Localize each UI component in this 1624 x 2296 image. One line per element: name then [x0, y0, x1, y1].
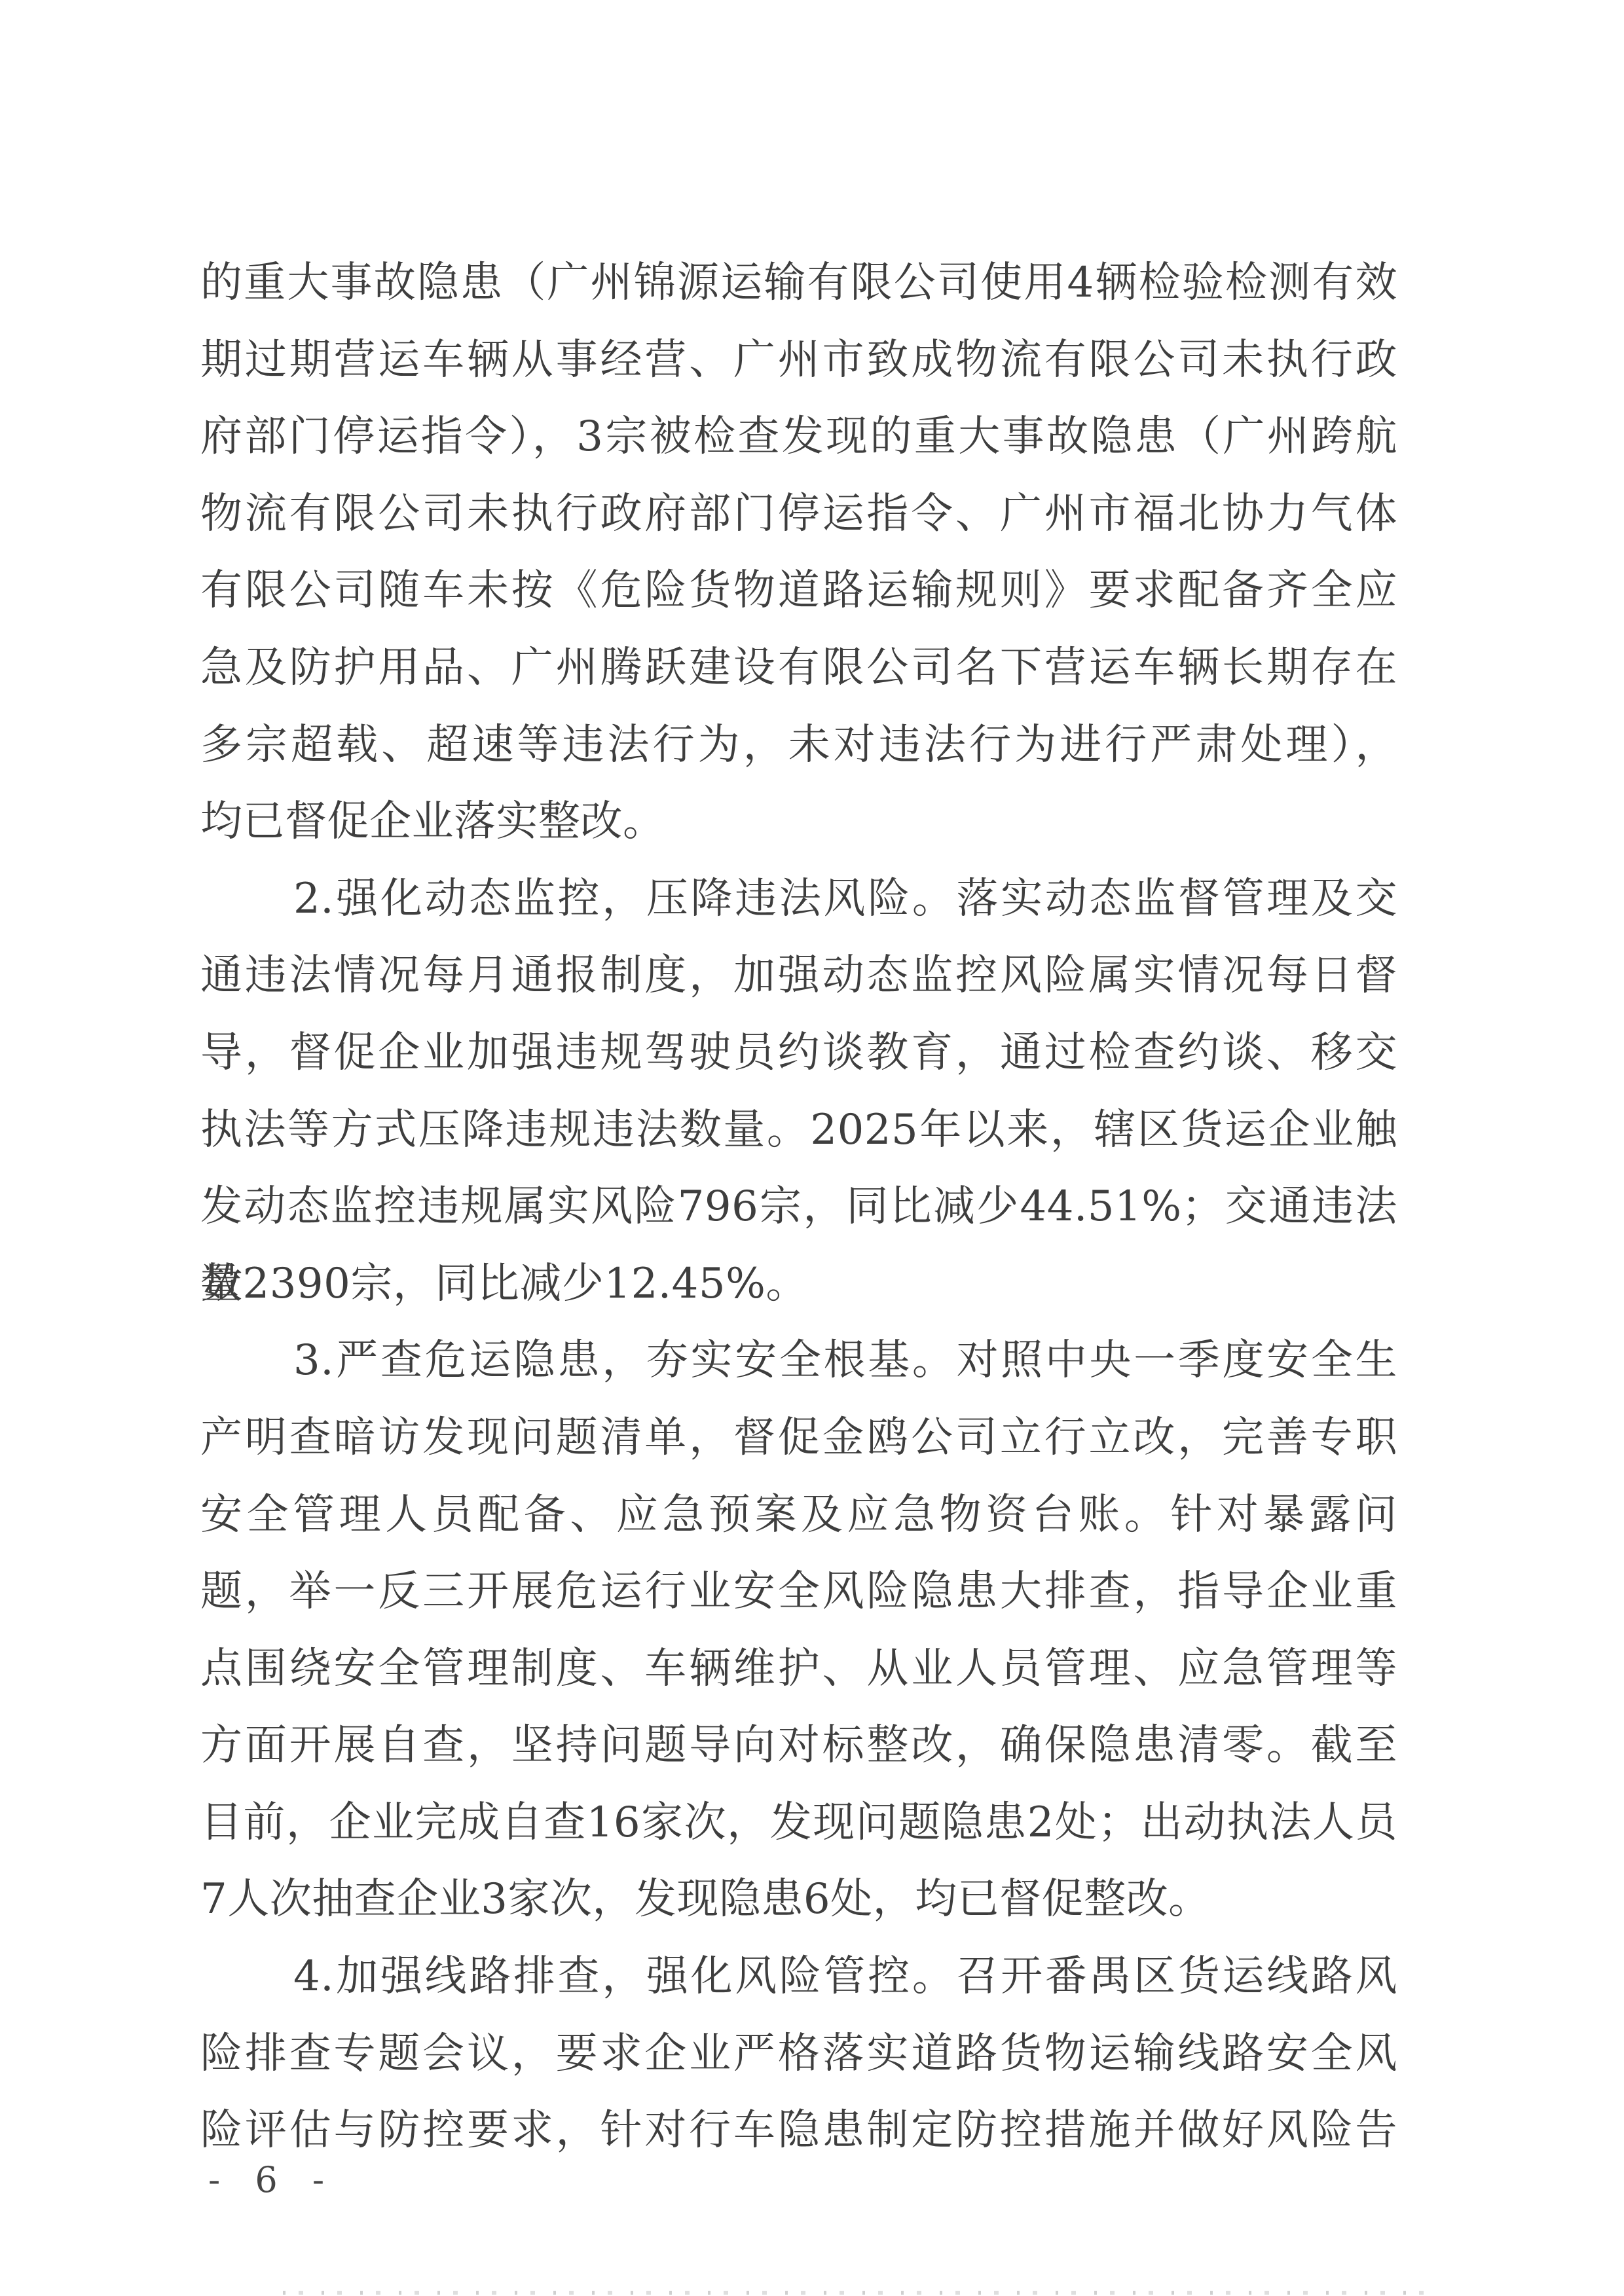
text-line: 7人次抽查企业3家次，发现隐患6处，均已督促整改。 [200, 1861, 1397, 1939]
text-line paragraph-start: 4.加强线路排查，强化风险管控。召开番禺区货运线路风 [200, 1939, 1397, 2016]
text-line: 均已督促企业落实整改。 [200, 784, 1397, 861]
text-line: 导，督促企业加强违规驾驶员约谈教育，通过检查约谈、移交 [200, 1015, 1397, 1092]
text-line: 期过期营运车辆从事经营、广州市致成物流有限公司未执行政 [200, 322, 1397, 399]
text-line: 急及防护用品、广州腾跃建设有限公司名下营运车辆长期存在 [200, 630, 1397, 707]
text-line: 险评估与防控要求，针对行车隐患制定防控措施并做好风险告 [200, 2092, 1397, 2170]
text-line: 多宗超载、超速等违法行为，未对违法行为进行严肃处理）， [200, 707, 1397, 784]
text-line: 题，举一反三开展危运行业安全风险隐患大排查，指导企业重 [200, 1554, 1397, 1631]
text-line: 方面开展自查，坚持问题导向对标整改，确保隐患清零。截至 [200, 1707, 1397, 1785]
text-line: 险排查专题会议，要求企业严格落实道路货物运输线路安全风 [200, 2016, 1397, 2093]
text-line: 点围绕安全管理制度、车辆维护、从业人员管理、应急管理等 [200, 1631, 1397, 1708]
text-line: 府部门停运指令），3宗被检查发现的重大事故隐患（广州跨航 [200, 399, 1397, 476]
clipped-next-line-remnant [283, 2291, 1434, 2295]
text-line: 物流有限公司未执行政府部门停运指令、广州市福北协力气体 [200, 476, 1397, 553]
text-line paragraph-start: 2.强化动态监控，压降违法风险。落实动态监督管理及交 [200, 861, 1397, 938]
text-line: 目前，企业完成自查16家次，发现问题隐患2处；出动执法人员 [200, 1785, 1397, 1862]
text-line: 发动态监控违规属实风险796宗，同比减少44.51%；交通违法数 [200, 1169, 1397, 1246]
text-line: 执法等方式压降违规违法数量。2025年以来，辖区货运企业触 [200, 1092, 1397, 1169]
text-line: 量2390宗，同比减少12.45%。 [200, 1246, 1397, 1323]
text-line: 安全管理人员配备、应急预案及应急物资台账。针对暴露问 [200, 1477, 1397, 1554]
text-line: 的重大事故隐患（广州锦源运输有限公司使用4辆检验检测有效 [200, 245, 1397, 322]
text-line: 产明查暗访发现问题清单，督促金鸥公司立行立改，完善专职 [200, 1400, 1397, 1477]
text-line: 通违法情况每月通报制度，加强动态监控风险属实情况每日督 [200, 938, 1397, 1015]
document-body: 的重大事故隐患（广州锦源运输有限公司使用4辆检验检测有效 期过期营运车辆从事经营… [200, 245, 1397, 2170]
text-line paragraph-start: 3.严查危运隐患，夯实安全根基。对照中央一季度安全生 [200, 1322, 1397, 1400]
page-number: - 6 - [208, 2160, 331, 2199]
document-page: 的重大事故隐患（广州锦源运输有限公司使用4辆检验检测有效 期过期营运车辆从事经营… [0, 0, 1624, 2296]
text-line: 有限公司随车未按《危险货物道路运输规则》要求配备齐全应 [200, 553, 1397, 630]
